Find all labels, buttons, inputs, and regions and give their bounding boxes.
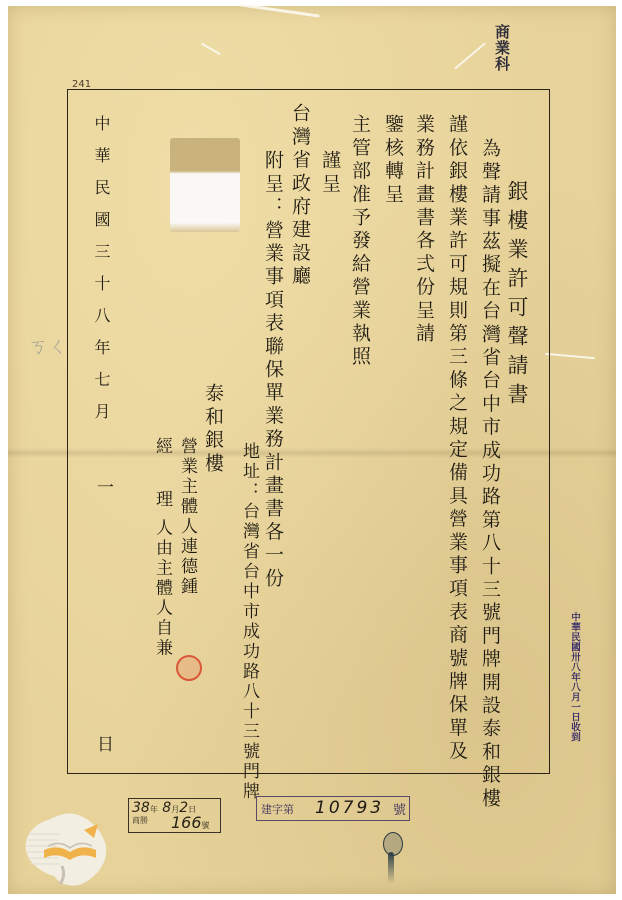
filing-suffix: 號 bbox=[393, 799, 406, 818]
date-day-marker: 一 bbox=[94, 478, 111, 498]
body-column-3: 業務計畫書各弍份呈請 bbox=[414, 114, 433, 346]
address-column: 地址：台灣省台中市成功路八十三號門牌 bbox=[240, 442, 257, 802]
date-day-suffix: 日 bbox=[94, 735, 111, 755]
receipt-number-value: 166 bbox=[171, 813, 202, 832]
receipt-year: 38 bbox=[132, 800, 150, 816]
filing-prefix: 建字第 bbox=[261, 801, 294, 817]
document-title: 銀樓業許可聲請書 bbox=[506, 180, 527, 412]
attachment-column: 附呈：營業事項表聯保單業務計畫書各一份 bbox=[263, 150, 282, 591]
filing-stamp: 建字第 10793 號 bbox=[256, 796, 410, 821]
body-column-4: 鑒核轉呈 bbox=[383, 114, 402, 207]
body-column-5: 主管部准予發給營業執照 bbox=[350, 114, 369, 369]
body-column-1: 為聲請事茲擬在台灣省台中市成功路第八十三號門牌開設泰和銀樓 bbox=[480, 138, 499, 811]
owner-line: 營業主體人連德鍾 bbox=[178, 437, 195, 597]
receipt-number-unit: 號 bbox=[202, 821, 210, 830]
body-column-6: 謹呈 bbox=[320, 150, 339, 196]
department-stamp: 商業科 bbox=[492, 24, 513, 72]
manager-label: 經 bbox=[153, 437, 170, 457]
red-seal bbox=[176, 655, 202, 681]
receipt-year-unit: 年 bbox=[150, 805, 158, 814]
paper-patch bbox=[170, 138, 240, 232]
pencil-annotation: ㄎㄑ bbox=[28, 330, 68, 359]
body-column-2: 謹依銀樓業許可規則第三條之規定備具營業事項表商號牌保單及 bbox=[447, 114, 466, 764]
receipt-month: 8 bbox=[162, 800, 171, 816]
archive-logo-icon bbox=[20, 810, 115, 888]
receipt-stamp: 38年 8月2日 商勝 166號 bbox=[128, 798, 221, 833]
receipt-number: 166號 bbox=[171, 813, 210, 832]
received-date-stamp: 中華民國卅八年八月一日收到 bbox=[567, 612, 581, 742]
ink-drip bbox=[388, 852, 394, 884]
receipt-office: 商勝 bbox=[132, 815, 148, 826]
manager-line: 理 人由主體人自兼 bbox=[153, 490, 170, 658]
recipient-column: 台灣省政府建設廳 bbox=[290, 103, 309, 289]
company-name: 泰和銀樓 bbox=[203, 383, 222, 476]
date-line: 中華民國三十八年七月 bbox=[93, 115, 109, 435]
filing-number: 10793 bbox=[315, 798, 384, 818]
